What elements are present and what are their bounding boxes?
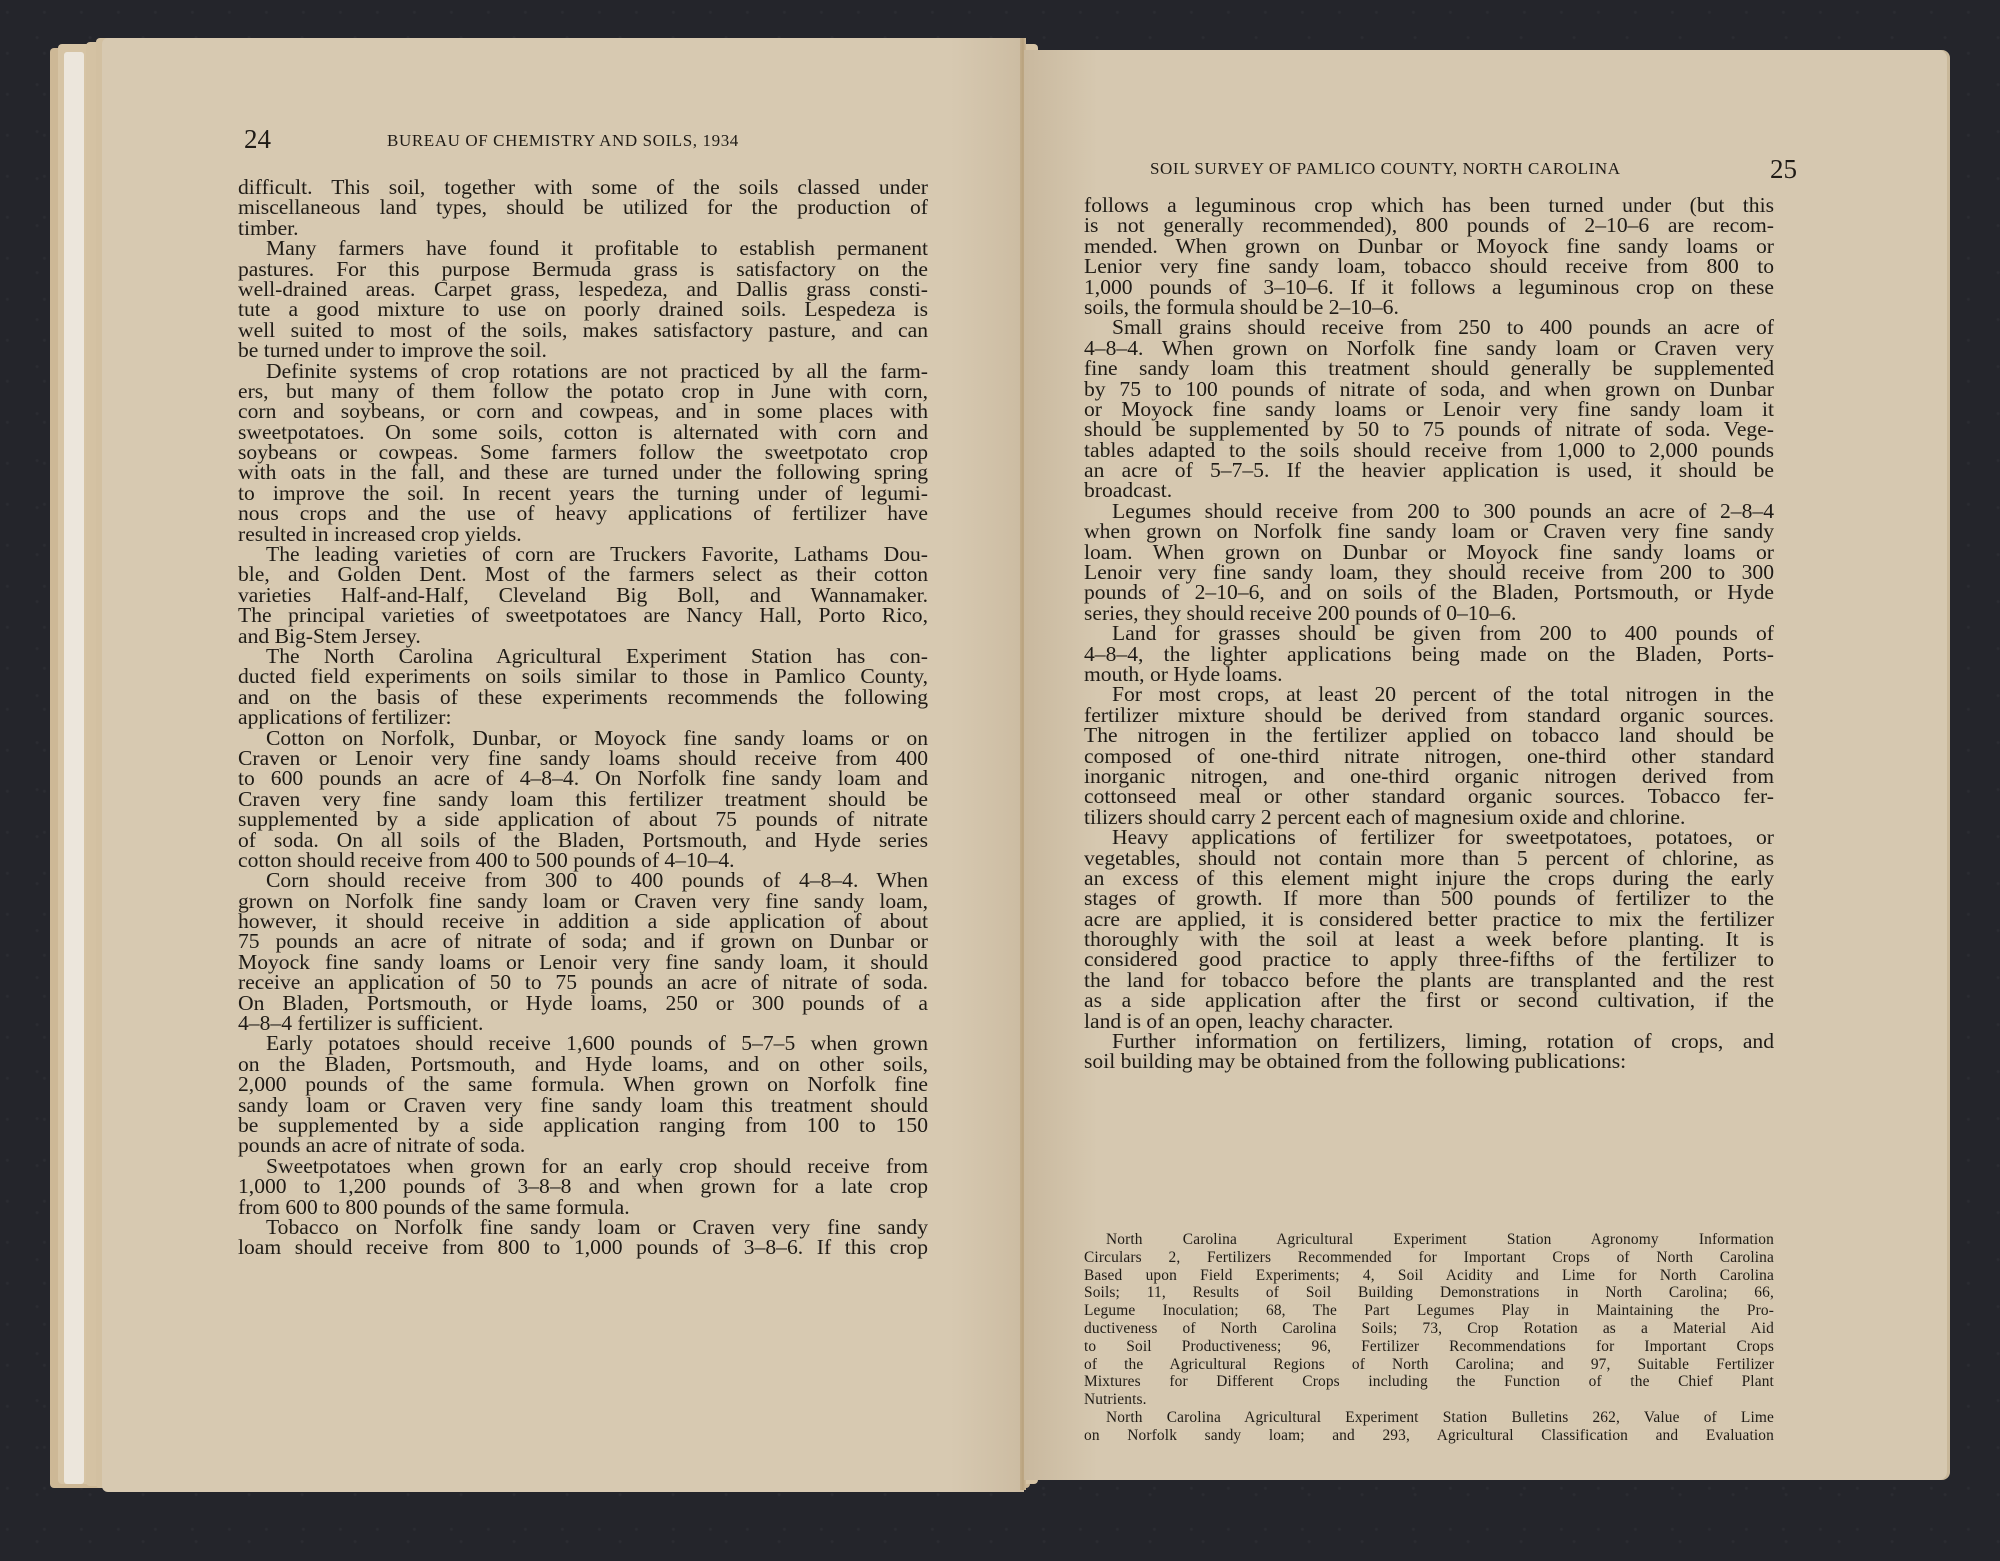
- paragraph: For most crops, at least 20 percent of t…: [1084, 684, 1774, 827]
- paragraph: Legumes should receive from 200 to 300 p…: [1084, 501, 1774, 623]
- text-line: receive an application of 50 to 75 pound…: [238, 972, 928, 992]
- text-line: tables adapted to the soils should recei…: [1084, 440, 1774, 460]
- text-line: The nitrogen in the fertilizer applied o…: [1084, 725, 1774, 745]
- paragraph: The leading varieties of corn are Trucke…: [238, 544, 928, 646]
- text-line: Legume Inoculation; 68, The Part Legumes…: [1084, 1302, 1774, 1320]
- text-line: 4–8–4, the lighter applications being ma…: [1084, 644, 1774, 664]
- paragraph: Small grains should receive from 250 to …: [1084, 317, 1774, 501]
- text-line: ble, and Golden Dent. Most of the farmer…: [238, 564, 928, 584]
- text-line: fine sandy loam this treatment should ge…: [1084, 358, 1774, 378]
- paragraph: Corn should receive from 300 to 400 poun…: [238, 870, 928, 1033]
- text-line: pastures. For this purpose Bermuda grass…: [238, 259, 928, 279]
- text-line: difficult. This soil, together with some…: [238, 177, 928, 197]
- text-line: Many farmers have found it profitable to…: [238, 238, 928, 258]
- paragraph: Further information on fertilizers, limi…: [1084, 1031, 1774, 1072]
- text-line: pounds an acre of nitrate of soda.: [238, 1135, 928, 1155]
- text-line: from 600 to 800 pounds of the same formu…: [238, 1197, 928, 1217]
- text-line: Heavy applications of fertilizer for swe…: [1084, 827, 1774, 847]
- text-line: soil building may be obtained from the f…: [1084, 1051, 1774, 1071]
- text-line: Tobacco on Norfolk fine sandy loam or Cr…: [238, 1217, 928, 1237]
- text-line: to Soil Productiveness; 96, Fertilizer R…: [1084, 1338, 1774, 1356]
- text-line: an acre of 5–7–5. If the heavier applica…: [1084, 460, 1774, 480]
- publications-list: North Carolina Agricultural Experiment S…: [1084, 1231, 1774, 1445]
- text-line: well-drained areas. Carpet grass, lesped…: [238, 279, 928, 299]
- text-line: applications of fertilizer:: [238, 707, 928, 727]
- text-line: ductiveness of North Carolina Soils; 73,…: [1084, 1320, 1774, 1338]
- text-line: or Moyock fine sandy loams or Lenoir ver…: [1084, 399, 1774, 419]
- text-line: Circulars 2, Fertilizers Recommended for…: [1084, 1249, 1774, 1267]
- page-number-left: 24: [244, 124, 271, 155]
- text-line: grown on Norfolk fine sandy loam or Crav…: [238, 891, 928, 911]
- paragraph: Cotton on Norfolk, Dunbar, or Moyock fin…: [238, 728, 928, 871]
- text-line: Craven very fine sandy loam this fertili…: [238, 789, 928, 809]
- text-line: The leading varieties of corn are Trucke…: [238, 544, 928, 564]
- white-leaf-edge: [64, 52, 84, 1484]
- text-line: tilizers should carry 2 percent each of …: [1084, 807, 1774, 827]
- text-line: pounds of 2–10–6, and on soils of the Bl…: [1084, 582, 1774, 602]
- paragraph: Sweetpotatoes when grown for an early cr…: [238, 1156, 928, 1217]
- text-line: when grown on Norfolk fine sandy loam or…: [1084, 521, 1774, 541]
- text-line: ers, but many of them follow the potato …: [238, 381, 928, 401]
- text-line: on Norfolk sandy loam; and 293, Agricult…: [1084, 1427, 1774, 1445]
- text-line: cottonseed meal or other standard organi…: [1084, 786, 1774, 806]
- text-line: Cotton on Norfolk, Dunbar, or Moyock fin…: [238, 728, 928, 748]
- paragraph: follows a leguminous crop which has been…: [1084, 195, 1774, 317]
- left-page-body: difficult. This soil, together with some…: [238, 177, 928, 1258]
- text-line: on the Bladen, Portsmouth, and Hyde loam…: [238, 1054, 928, 1074]
- text-line: inorganic nitrogen, and one-third organi…: [1084, 766, 1774, 786]
- text-line: Based upon Field Experiments; 4, Soil Ac…: [1084, 1267, 1774, 1285]
- text-line: Lenior very fine sandy loam, tobacco sho…: [1084, 256, 1774, 276]
- text-line: to improve the soil. In recent years the…: [238, 483, 928, 503]
- text-line: well suited to most of the soils, makes …: [238, 320, 928, 340]
- text-line: follows a leguminous crop which has been…: [1084, 195, 1774, 215]
- text-line: soils, the formula should be 2–10–6.: [1084, 297, 1774, 317]
- text-line: vegetables, should not contain more than…: [1084, 848, 1774, 868]
- text-line: Nutrients.: [1084, 1391, 1774, 1409]
- text-line: broadcast.: [1084, 480, 1774, 500]
- text-line: Soils; 11, Results of Soil Building Demo…: [1084, 1284, 1774, 1302]
- text-line: with oats in the fall, and these are tur…: [238, 462, 928, 482]
- paragraph: Heavy applications of fertilizer for swe…: [1084, 827, 1774, 1031]
- text-line: Land for grasses should be given from 20…: [1084, 623, 1774, 643]
- text-line: Legumes should receive from 200 to 300 p…: [1084, 501, 1774, 521]
- text-line: corn and soybeans, or corn and cowpeas, …: [238, 401, 928, 421]
- text-line: 2,000 pounds of the same formula. When g…: [238, 1074, 928, 1094]
- text-line: 75 pounds an acre of nitrate of soda; an…: [238, 931, 928, 951]
- text-line: For most crops, at least 20 percent of t…: [1084, 684, 1774, 704]
- text-line: timber.: [238, 218, 928, 238]
- text-line: fertilizer mixture should be derived fro…: [1084, 705, 1774, 725]
- text-line: to 600 pounds an acre of 4–8–4. On Norfo…: [238, 768, 928, 788]
- text-line: Moyock fine sandy loams or Lenoir very f…: [238, 952, 928, 972]
- text-line: North Carolina Agricultural Experiment S…: [1084, 1231, 1774, 1249]
- text-line: The North Carolina Agricultural Experime…: [238, 646, 928, 666]
- paragraph: Early potatoes should receive 1,600 poun…: [238, 1033, 928, 1155]
- text-line: North Carolina Agricultural Experiment S…: [1084, 1409, 1774, 1427]
- text-line: acre are applied, it is considered bette…: [1084, 909, 1774, 929]
- text-line: supplemented by a side application of ab…: [238, 809, 928, 829]
- paragraph: Land for grasses should be given from 20…: [1084, 623, 1774, 684]
- page-number-right: 25: [1770, 154, 1797, 185]
- text-line: varieties Half-and-Half, Cleveland Big B…: [238, 585, 928, 605]
- text-line: soybeans or cowpeas. Some farmers follow…: [238, 442, 928, 462]
- text-line: Further information on fertilizers, limi…: [1084, 1031, 1774, 1051]
- text-line: composed of one-third nitrate nitrogen, …: [1084, 746, 1774, 766]
- text-line: Corn should receive from 300 to 400 poun…: [238, 870, 928, 890]
- text-line: loam should receive from 800 to 1,000 po…: [238, 1237, 928, 1257]
- text-line: sweetpotatoes. On some soils, cotton is …: [238, 422, 928, 442]
- text-line: 1,000 to 1,200 pounds of 3–8–8 and when …: [238, 1176, 928, 1196]
- text-line: cotton should receive from 400 to 500 po…: [238, 850, 928, 870]
- text-line: the land for tobacco before the plants a…: [1084, 970, 1774, 990]
- text-line: loam. When grown on Dunbar or Moyock fin…: [1084, 542, 1774, 562]
- text-line: series, they should receive 200 pounds o…: [1084, 603, 1774, 623]
- paragraph: North Carolina Agricultural Experiment S…: [1084, 1409, 1774, 1445]
- text-line: The principal varieties of sweetpotatoes…: [238, 605, 928, 625]
- text-line: resulted in increased crop yields.: [238, 524, 928, 544]
- text-line: and Big-Stem Jersey.: [238, 626, 928, 646]
- text-line: Early potatoes should receive 1,600 poun…: [238, 1033, 928, 1053]
- text-line: Small grains should receive from 250 to …: [1084, 317, 1774, 337]
- text-line: of soda. On all soils of the Bladen, Por…: [238, 830, 928, 850]
- left-page: 24 BUREAU OF CHEMISTRY AND SOILS, 1934 d…: [102, 38, 1024, 1492]
- text-line: land is of an open, leachy character.: [1084, 1011, 1774, 1031]
- text-line: by 75 to 100 pounds of nitrate of soda, …: [1084, 379, 1774, 399]
- text-line: should be supplemented by 50 to 75 pound…: [1084, 419, 1774, 439]
- text-line: 4–8–4. When grown on Norfolk fine sandy …: [1084, 338, 1774, 358]
- text-line: ducted field experiments on soils simila…: [238, 666, 928, 686]
- running-head-left: BUREAU OF CHEMISTRY AND SOILS, 1934: [387, 131, 739, 151]
- paragraph: The North Carolina Agricultural Experime…: [238, 646, 928, 728]
- paragraph: Definite systems of crop rotations are n…: [238, 361, 928, 545]
- text-line: as a side application after the first or…: [1084, 990, 1774, 1010]
- text-line: and on the basis of these experiments re…: [238, 687, 928, 707]
- text-line: 1,000 pounds of 3–10–6. If it follows a …: [1084, 277, 1774, 297]
- paragraph: Tobacco on Norfolk fine sandy loam or Cr…: [238, 1217, 928, 1258]
- paragraph: Many farmers have found it profitable to…: [238, 238, 928, 360]
- text-line: Craven or Lenoir very fine sandy loams s…: [238, 748, 928, 768]
- text-line: be supplemented by a side application ra…: [238, 1115, 928, 1135]
- text-line: considered good practice to apply three-…: [1084, 949, 1774, 969]
- text-line: mouth, or Hyde loams.: [1084, 664, 1774, 684]
- text-line: 4–8–4 fertilizer is sufficient.: [238, 1013, 928, 1033]
- right-page-body: follows a leguminous crop which has been…: [1084, 195, 1774, 1072]
- paragraph: difficult. This soil, together with some…: [238, 177, 928, 238]
- text-line: On Bladen, Portsmouth, or Hyde loams, 25…: [238, 993, 928, 1013]
- text-line: miscellaneous land types, should be util…: [238, 197, 928, 217]
- text-line: Sweetpotatoes when grown for an early cr…: [238, 1156, 928, 1176]
- text-line: of the Agricultural Regions of North Car…: [1084, 1356, 1774, 1374]
- text-line: an excess of this element might injure t…: [1084, 868, 1774, 888]
- text-line: mended. When grown on Dunbar or Moyock f…: [1084, 236, 1774, 256]
- text-line: sandy loam or Craven very fine sandy loa…: [238, 1095, 928, 1115]
- text-line: Mixtures for Different Crops including t…: [1084, 1373, 1774, 1391]
- text-line: however, it should receive in addition a…: [238, 911, 928, 931]
- running-head-right: SOIL SURVEY OF PAMLICO COUNTY, NORTH CAR…: [1150, 159, 1621, 179]
- paragraph: North Carolina Agricultural Experiment S…: [1084, 1231, 1774, 1409]
- text-line: tute a good mixture to use on poorly dra…: [238, 299, 928, 319]
- text-line: Definite systems of crop rotations are n…: [238, 361, 928, 381]
- text-line: be turned under to improve the soil.: [238, 340, 928, 360]
- right-page: SOIL SURVEY OF PAMLICO COUNTY, NORTH CAR…: [1024, 50, 1950, 1480]
- text-line: is not generally recommended), 800 pound…: [1084, 215, 1774, 235]
- text-line: nous crops and the use of heavy applicat…: [238, 503, 928, 523]
- text-line: stages of growth. If more than 500 pound…: [1084, 888, 1774, 908]
- text-line: thoroughly with the soil at least a week…: [1084, 929, 1774, 949]
- text-line: Lenoir very fine sandy loam, they should…: [1084, 562, 1774, 582]
